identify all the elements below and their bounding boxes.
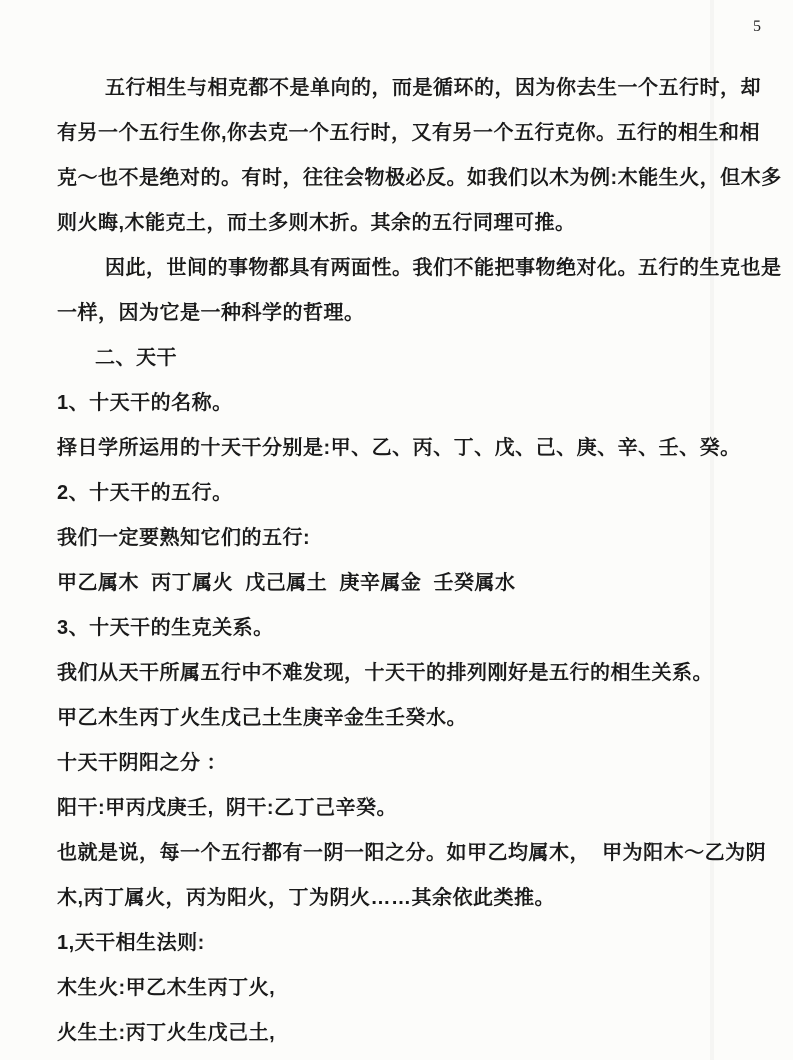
text-line: 因此，世间的事物都具有两面性。我们不能把事物绝对化。五行的生克也是 (57, 246, 769, 291)
section-heading: 二、天干 (57, 336, 769, 381)
text-line: 木,丙丁属火，丙为阳火，丁为阴火……其余依此类推。 (57, 876, 769, 921)
text-line: 甲乙木生丙丁火生戊己土生庚辛金生壬癸水。 (57, 696, 769, 741)
text-line: 我们从天干所属五行中不难发现，十天干的排列刚好是五行的相生关系。 (57, 651, 769, 696)
text-line: 一样，因为它是一种科学的哲理。 (57, 291, 769, 336)
text-line: 有另一个五行生你,你去克一个五行时，又有另一个五行克你。五行的相生和相 (57, 111, 769, 156)
subsection-heading: 2、十天干的五行。 (57, 471, 769, 516)
text-line: 克～也不是绝对的。有时，往往会物极必反。如我们以木为例:木能生火，但木多 (57, 156, 769, 201)
text-line: 甲乙属木 丙丁属火 戊己属土 庚辛属金 壬癸属水 (57, 561, 769, 606)
text-line: 我们一定要熟知它们的五行: (57, 516, 769, 561)
subsection-heading: 3、十天干的生克关系。 (57, 606, 769, 651)
text-line: 木生火:甲乙木生丙丁火, (57, 966, 769, 1011)
document-page: 5 五行相生与相克都不是单向的，而是循环的，因为你去生一个五行时，却 有另一个五… (0, 0, 793, 1060)
text-line: 十天干阴阳之分 ： (57, 741, 769, 786)
text-line: 1,天干相生法则: (57, 921, 769, 966)
page-number: 5 (753, 18, 761, 36)
text-line: 阳干:甲丙戊庚壬, 阴干:乙丁己辛癸。 (57, 786, 769, 831)
text-line: 也就是说，每一个五行都有一阴一阳之分。如甲乙均属木， 甲为阳木～乙为阴 (57, 831, 769, 876)
text-line: 五行相生与相克都不是单向的，而是循环的，因为你去生一个五行时，却 (57, 66, 769, 111)
document-body: 五行相生与相克都不是单向的，而是循环的，因为你去生一个五行时，却 有另一个五行生… (57, 66, 769, 1056)
text-line: 则火晦,木能克土，而土多则木折。其余的五行同理可推。 (57, 201, 769, 246)
subsection-heading: 1、十天干的名称。 (57, 381, 769, 426)
text-line: 择日学所运用的十天干分别是:甲、乙、丙、丁、戊、己、庚、辛、壬、癸。 (57, 426, 769, 471)
text-line: 火生土:丙丁火生戊己土, (57, 1011, 769, 1056)
